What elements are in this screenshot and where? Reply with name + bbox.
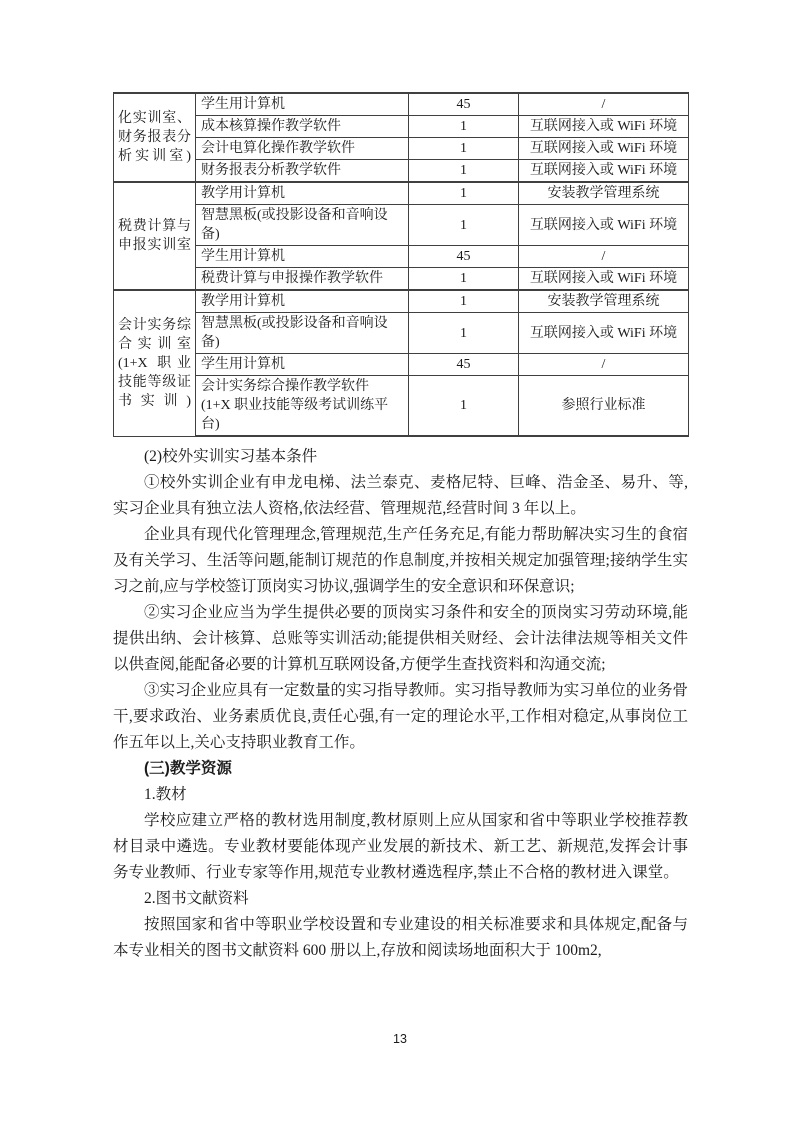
qty-cell: 1	[409, 182, 519, 205]
table-row: 会计电算化操作教学软件1互联网接入或 WiFi 环境	[114, 138, 689, 160]
paragraph-library-materials: 按照国家和省中等职业学校设置和专业建设的相关标准要求和具体规定,配备与本专业相关…	[113, 912, 688, 964]
heading-off-campus-conditions: (2)校外实训实习基本条件	[113, 444, 688, 470]
paragraph-enterprises-list: ①校外实训企业有申龙电梯、法兰泰克、麦格尼特、巨峰、浩金圣、易升、等,实习企业具…	[113, 470, 688, 522]
room-name-cell: 税费计算与申报实训室	[114, 182, 196, 290]
item-cell: 财务报表分析教学软件	[196, 160, 409, 183]
paragraph-textbook-selection: 学校应建立严格的教材选用制度,教材原则上应从国家和省中等职业学校推荐教材目录中遴…	[113, 808, 688, 886]
page-content: 化实训室、财务报表分析实训室)学生用计算机45/成本核算操作教学软件1互联网接入…	[113, 92, 688, 964]
paragraph-enterprise-management: 企业具有现代化管理理念,管理规范,生产任务充足,有能力帮助解决实习生的食宿及有关…	[113, 522, 688, 600]
table-row: 化实训室、财务报表分析实训室)学生用计算机45/	[114, 93, 689, 116]
qty-cell: 1	[409, 376, 519, 437]
item-cell: 智慧黑板(或投影设备和音响设备)	[196, 205, 409, 246]
paragraph-internship-teachers: ③实习企业应具有一定数量的实习指导教师。实习指导教师为实习单位的业务骨干,要求政…	[113, 678, 688, 756]
table-row: 税费计算与申报操作教学软件1互联网接入或 WiFi 环境	[114, 268, 689, 291]
table-row: 税费计算与申报实训室教学用计算机1安装教学管理系统	[114, 182, 689, 205]
item-cell: 税费计算与申报操作教学软件	[196, 268, 409, 291]
req-cell: /	[519, 246, 689, 268]
table-row: 学生用计算机45/	[114, 246, 689, 268]
item-cell: 会计电算化操作教学软件	[196, 138, 409, 160]
req-cell: /	[519, 354, 689, 376]
qty-cell: 1	[409, 313, 519, 354]
table-row: 会计实务综合操作教学软件 (1+X 职业技能等级考试训练平台)1参照行业标准	[114, 376, 689, 437]
item-cell: 成本核算操作教学软件	[196, 116, 409, 138]
table-row: 智慧黑板(或投影设备和音响设备)1互联网接入或 WiFi 环境	[114, 313, 689, 354]
room-name-cell: 化实训室、财务报表分析实训室)	[114, 93, 196, 182]
qty-cell: 1	[409, 116, 519, 138]
room-name-cell: 会计实务综合实训室(1+X 职业技能等级证书实训)	[114, 290, 196, 436]
qty-cell: 1	[409, 205, 519, 246]
req-cell: 互联网接入或 WiFi 环境	[519, 116, 689, 138]
qty-cell: 1	[409, 290, 519, 313]
item-cell: 会计实务综合操作教学软件 (1+X 职业技能等级考试训练平台)	[196, 376, 409, 437]
req-cell: /	[519, 93, 689, 116]
item-cell: 学生用计算机	[196, 246, 409, 268]
item-cell: 教学用计算机	[196, 182, 409, 205]
qty-cell: 1	[409, 138, 519, 160]
qty-cell: 45	[409, 93, 519, 116]
item-cell: 学生用计算机	[196, 354, 409, 376]
page-number: 13	[0, 1032, 800, 1046]
item-cell: 学生用计算机	[196, 93, 409, 116]
qty-cell: 1	[409, 268, 519, 291]
body-text: (2)校外实训实习基本条件①校外实训企业有申龙电梯、法兰泰克、麦格尼特、巨峰、浩…	[113, 444, 688, 964]
item-cell: 教学用计算机	[196, 290, 409, 313]
qty-cell: 1	[409, 160, 519, 183]
table-row: 学生用计算机45/	[114, 354, 689, 376]
heading-library-materials: 2.图书文献资料	[113, 886, 688, 912]
req-cell: 参照行业标准	[519, 376, 689, 437]
qty-cell: 45	[409, 354, 519, 376]
req-cell: 互联网接入或 WiFi 环境	[519, 313, 689, 354]
equipment-table-body: 化实训室、财务报表分析实训室)学生用计算机45/成本核算操作教学软件1互联网接入…	[114, 93, 689, 436]
heading-textbooks: 1.教材	[113, 782, 688, 808]
req-cell: 安装教学管理系统	[519, 182, 689, 205]
paragraph-internship-conditions: ②实习企业应当为学生提供必要的顶岗实习条件和安全的顶岗实习劳动环境,能提供出纳、…	[113, 600, 688, 678]
table-row: 智慧黑板(或投影设备和音响设备)1互联网接入或 WiFi 环境	[114, 205, 689, 246]
table-row: 财务报表分析教学软件1互联网接入或 WiFi 环境	[114, 160, 689, 183]
heading-teaching-resources: (三)教学资源	[113, 756, 688, 782]
req-cell: 互联网接入或 WiFi 环境	[519, 205, 689, 246]
qty-cell: 45	[409, 246, 519, 268]
item-cell: 智慧黑板(或投影设备和音响设备)	[196, 313, 409, 354]
table-row: 成本核算操作教学软件1互联网接入或 WiFi 环境	[114, 116, 689, 138]
req-cell: 互联网接入或 WiFi 环境	[519, 268, 689, 291]
req-cell: 互联网接入或 WiFi 环境	[519, 138, 689, 160]
table-row: 会计实务综合实训室(1+X 职业技能等级证书实训)教学用计算机1安装教学管理系统	[114, 290, 689, 313]
document-page: 化实训室、财务报表分析实训室)学生用计算机45/成本核算操作教学软件1互联网接入…	[0, 0, 800, 1131]
req-cell: 安装教学管理系统	[519, 290, 689, 313]
req-cell: 互联网接入或 WiFi 环境	[519, 160, 689, 183]
equipment-table: 化实训室、财务报表分析实训室)学生用计算机45/成本核算操作教学软件1互联网接入…	[113, 92, 689, 437]
